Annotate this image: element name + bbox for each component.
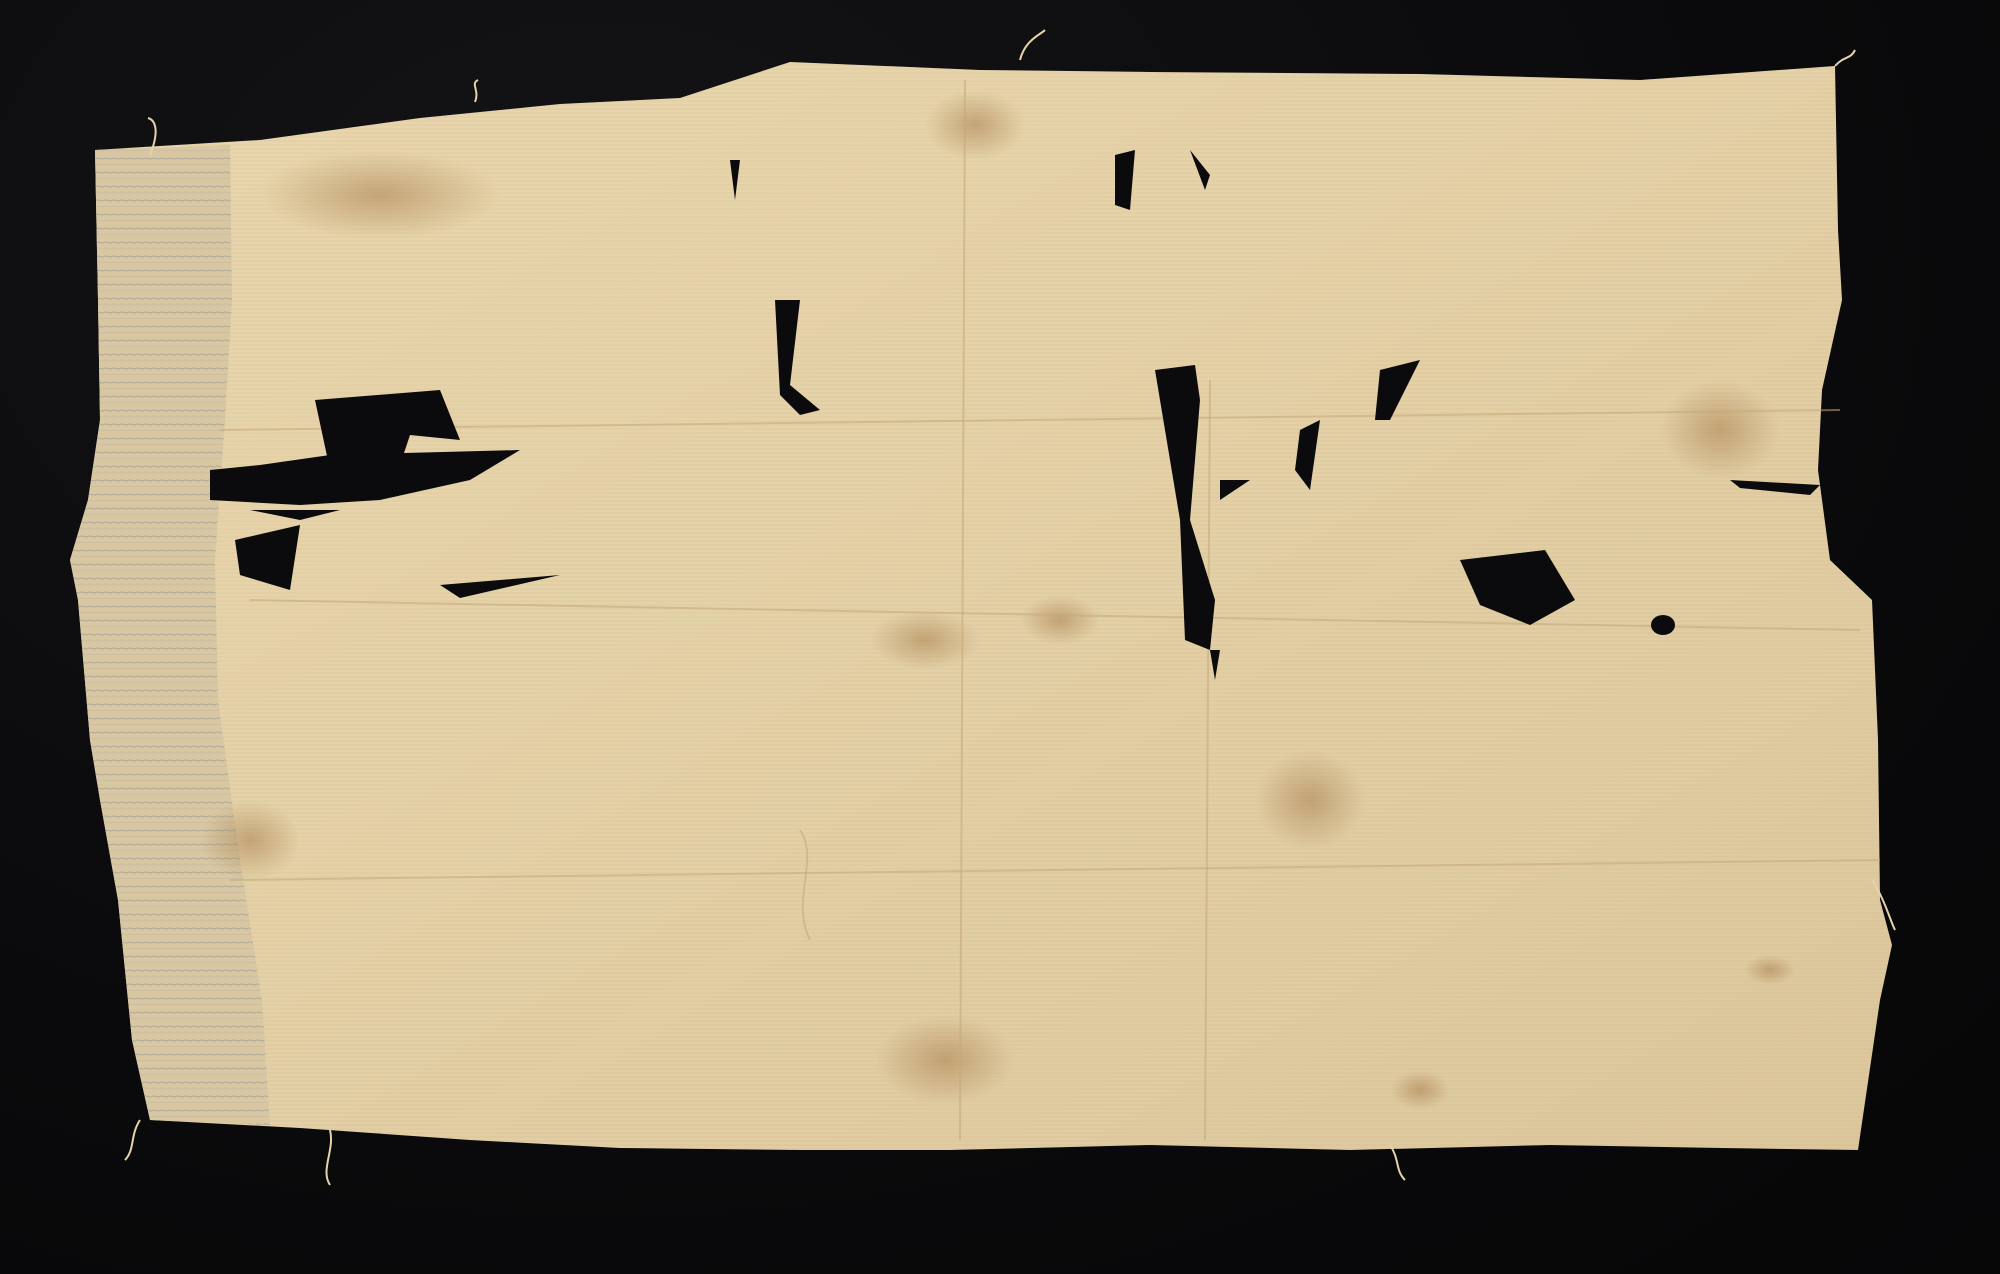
textile-fragment — [0, 0, 2000, 1274]
photo-scene: Ancient undyed linen textile fragment wi… — [0, 0, 2000, 1274]
